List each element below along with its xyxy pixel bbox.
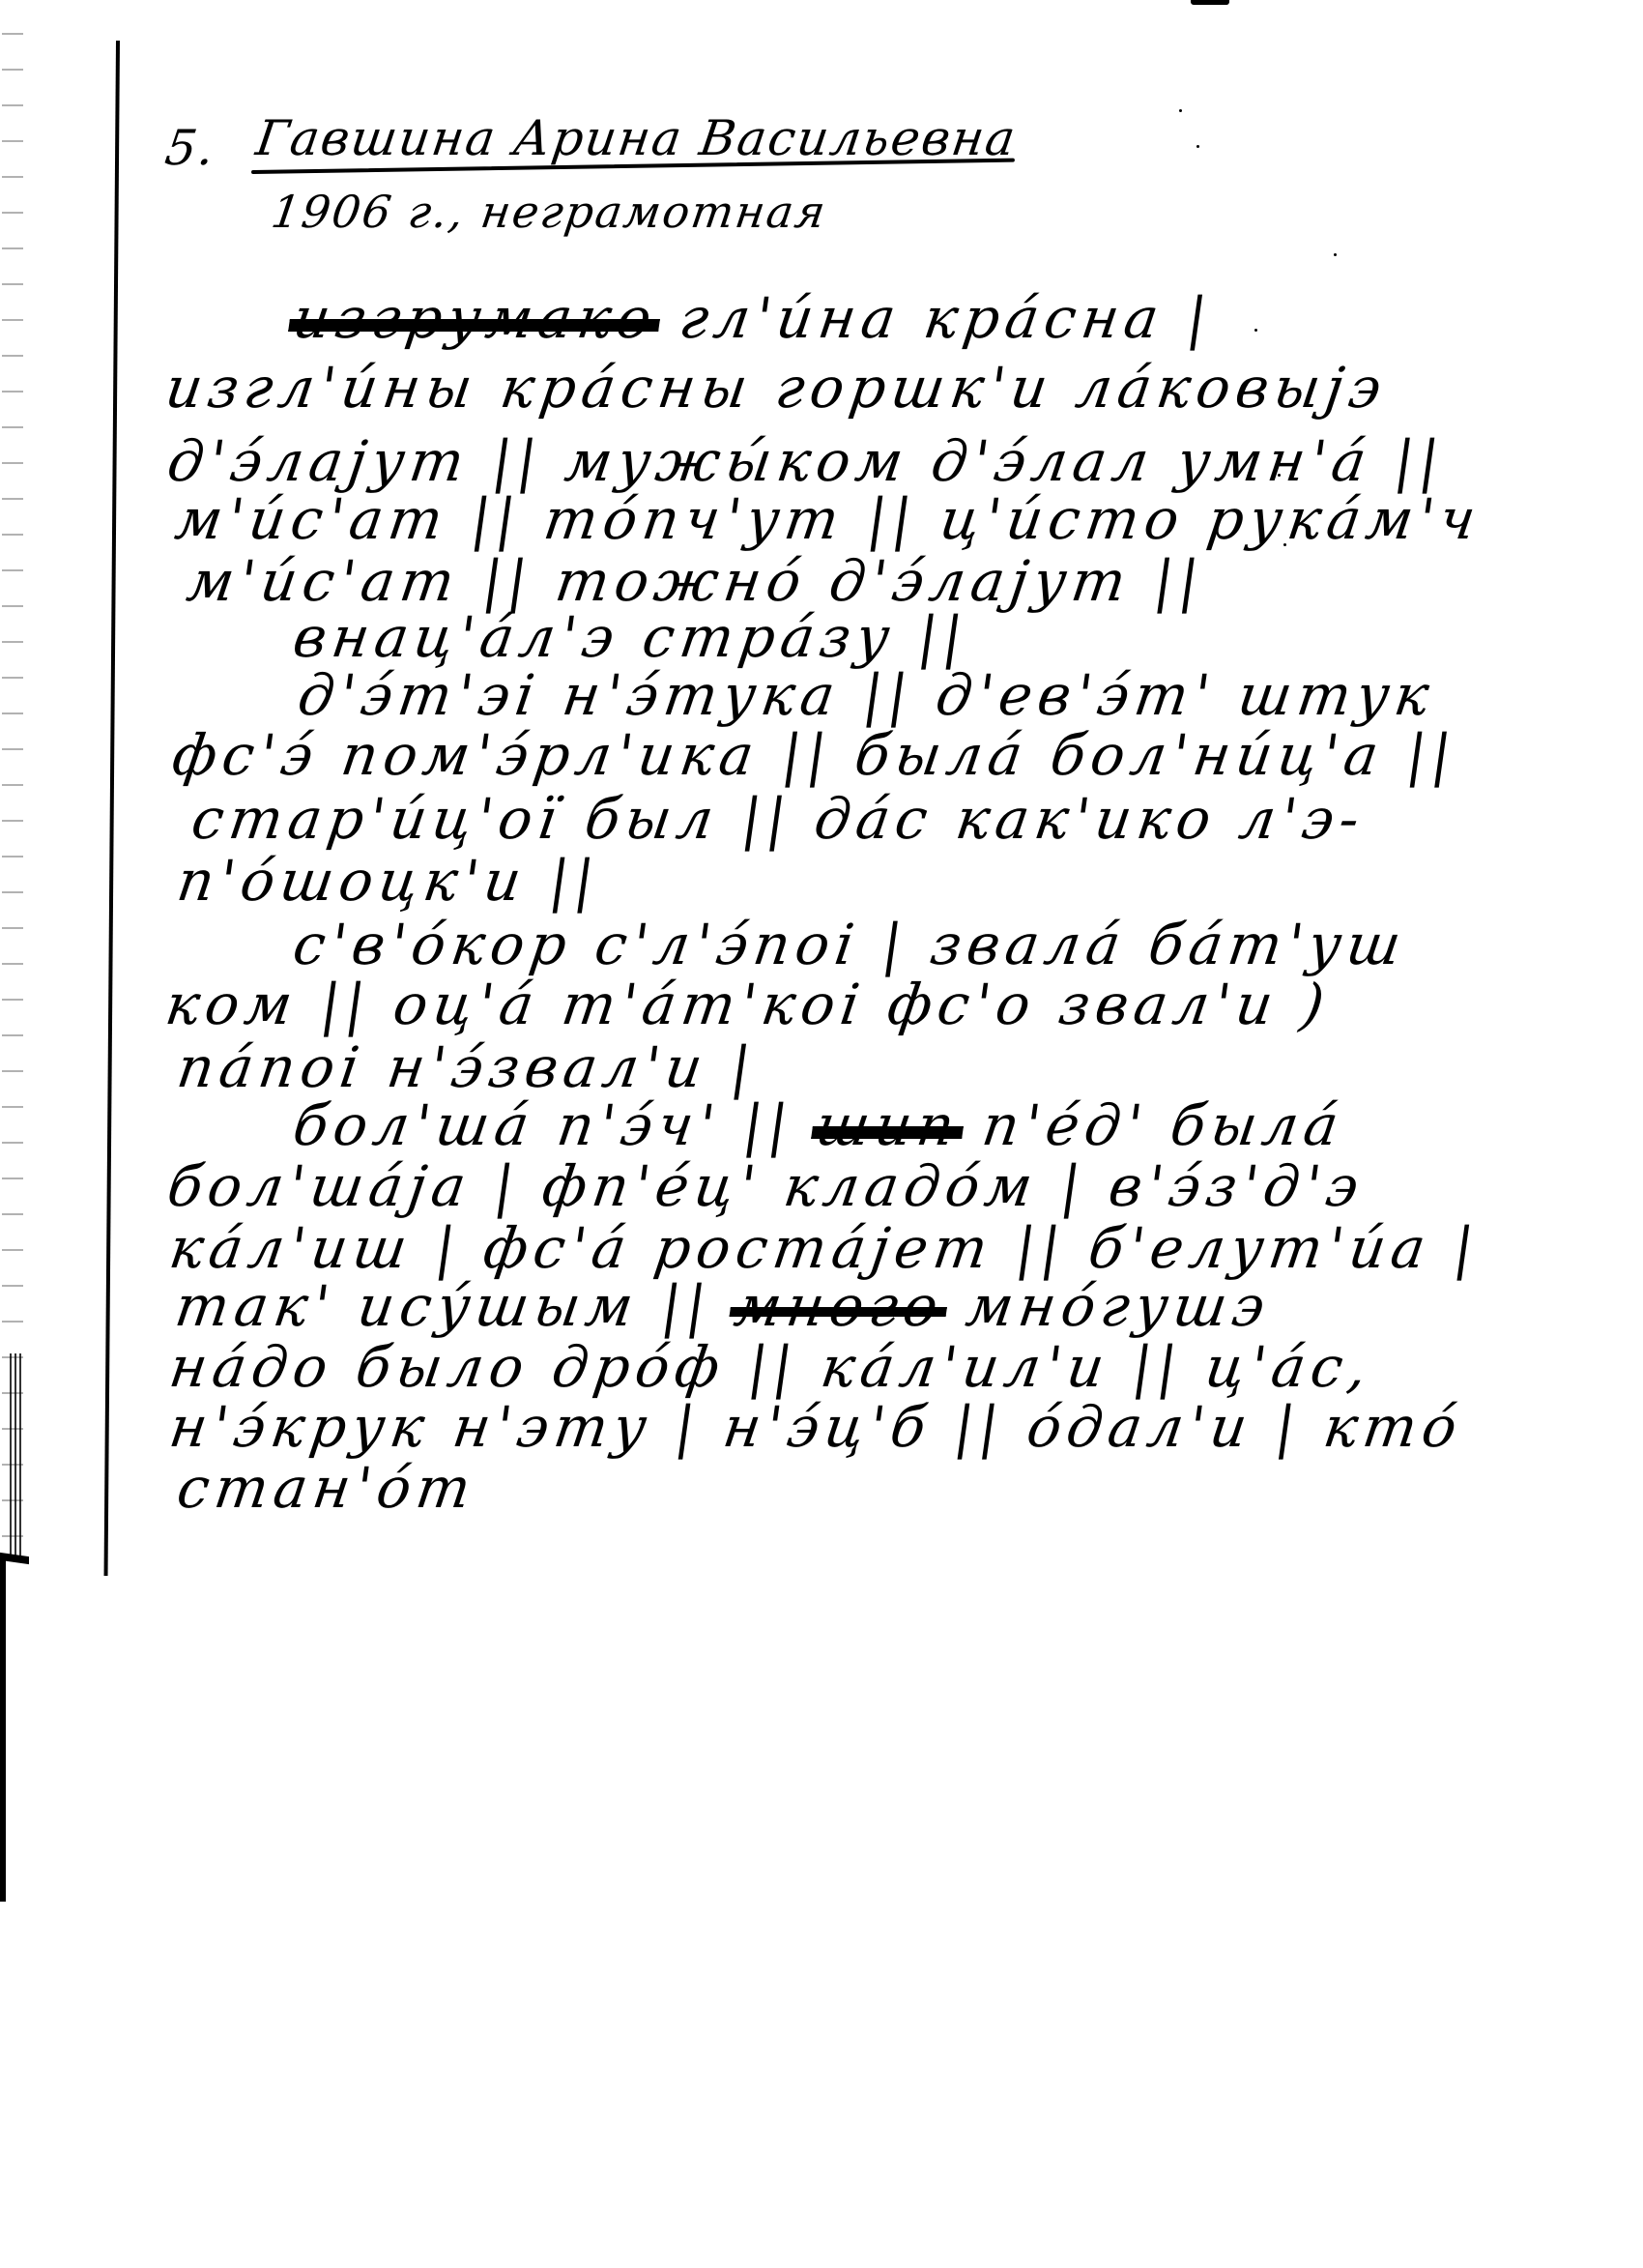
scan-edge-noise-lower xyxy=(10,1353,23,1561)
text-line-20: стан'о́т xyxy=(174,1460,479,1516)
scan-dot xyxy=(1254,329,1257,332)
text-line-9: стар'и́ц'ої был || да́с как'ико л'э- xyxy=(188,791,1369,847)
informant-name: Гавшина Арина Васильевна xyxy=(253,114,1020,162)
scan-dot xyxy=(1334,253,1337,256)
struck-word: шип xyxy=(813,1097,964,1153)
text-line-12: ком || оц'а́ т'а́т'коі фс'о звал'и ) xyxy=(162,976,1334,1032)
text-line-5: м'úс'ат || тожно́ д'э́лајут || xyxy=(184,553,1208,609)
text-line-11: с'в'о́кор с'л'э́поі | звала́ ба́т'уш xyxy=(290,916,1410,973)
text-line-16: ка́л'иш | фс'а́ роста́јет || б'елут'и́а … xyxy=(166,1220,1483,1276)
text-line-15: бол'ша́ја | фп'е́ц' кладо́м | в'э́з'д'э xyxy=(164,1158,1368,1214)
text-line-14: бол'ша́ п'э́ч' || шип п'е́д' была́ xyxy=(290,1097,1347,1153)
text-line-2: изгл'úны кра́сны горшк'и ла́ковыјэ xyxy=(162,360,1390,416)
margin-rule xyxy=(104,41,120,1576)
text-line-8: фс'э́ пом'э́рл'ика || была́ бол'ни́ц'а |… xyxy=(169,727,1460,783)
text-line-17: так' ису́шым || много мно́гушэ xyxy=(172,1278,1274,1334)
scan-dot xyxy=(1179,109,1182,112)
text-line-18: на́до было дро́ф || ка́л'ил'и || ц'а́с, xyxy=(166,1339,1376,1395)
text-line-19: н'э́крук н'эту | н'э́ц'б || о́дал'и | кт… xyxy=(166,1399,1466,1455)
entry-number: 5. xyxy=(162,124,219,172)
text-line-6: внац'а́л'э стра́зу || xyxy=(290,609,971,665)
text-line-1: изгрумако гл'úна кра́сна | xyxy=(290,290,1216,346)
text-line-10: п'о́шоцк'и || xyxy=(174,853,603,909)
scan-edge-noise xyxy=(2,19,23,1556)
struck-word: много xyxy=(731,1278,947,1334)
informant-info: 1906 г., неграмотная xyxy=(269,189,830,234)
struck-word: изгрумако xyxy=(290,290,660,346)
text-line-7: д'э́т'эі н'э́тука || д'ев'э́т' штук xyxy=(295,667,1438,723)
scan-dot xyxy=(1196,145,1199,148)
scan-top-mark xyxy=(1191,0,1229,5)
scan-edge-black-bar xyxy=(0,1558,6,1902)
scanned-page: 5. Гавшина Арина Васильевна 1906 г., нег… xyxy=(0,0,1643,2268)
text-line-3: д'э́лајут || мужы́ком д'э́лал умн'а́ || xyxy=(164,433,1448,489)
text-line-13: па́поі н'э́звал'и | xyxy=(174,1039,760,1095)
text-line-4: м'úс'ат || то́пч'ут || ц'úсто рука́м'ч xyxy=(172,491,1484,547)
